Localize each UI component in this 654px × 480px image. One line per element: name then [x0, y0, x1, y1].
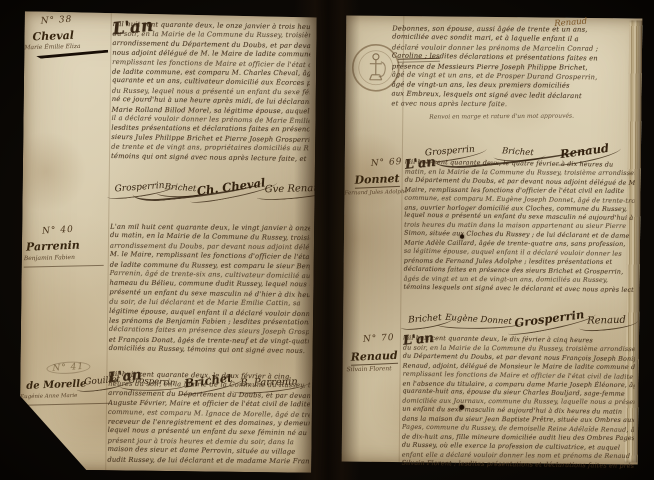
birth-act-text-continuation: Debonnes, son épouse, aussi âgée de tren… [391, 24, 628, 111]
act-firstnames-label: Benjamin Fabien [24, 254, 75, 262]
birth-act-text: L'an mil huit cent quarante deux, le qua… [403, 158, 634, 294]
act-firstnames-label: Marie Émilie Eliza [24, 43, 80, 51]
act-surname-label: Renaud [350, 349, 398, 366]
signature: Renaud [587, 315, 626, 327]
act-surname-label: Cheval [32, 29, 74, 44]
birth-act-text: L'an mil huit cent quarante deux, le onz… [111, 20, 311, 164]
birth-act-text: L'an mil huit cent quarante deux, le vin… [109, 222, 311, 356]
act-number-label: N° 69 [371, 157, 403, 169]
ink-blot [459, 405, 464, 410]
act-number-label: N° 40 [42, 225, 74, 237]
act-firstnames-label: Silvain Florent [347, 365, 392, 373]
manuscript-line: dudit Russey, de lui déclarant et de mad… [107, 455, 309, 466]
ink-blot [460, 235, 464, 239]
act-number-label: N° 38 [40, 15, 72, 27]
act-number-label: N° 70 [363, 333, 395, 345]
act-firstnames-label: Fernand Jules Adolphe [344, 189, 407, 197]
manuscript-line: domiciliés au Russey, témoins qui ont si… [109, 344, 309, 357]
signatures-row: BrichetEugène DonnetGrosperrinRenaud [407, 296, 627, 326]
right-register-page: Renaud Debonnes, son épouse, aussi âgée … [342, 15, 643, 464]
ink-dash-mark [36, 50, 108, 59]
left-register-page: N° 38 Cheval Marie Émilie Eliza L'an mil… [19, 11, 317, 473]
act-surname-label: Parrenin [26, 239, 80, 254]
signature: Grosperrin [514, 307, 585, 330]
act-firstnames-label: Eugénie Anne Marie [20, 393, 77, 400]
archival-register-scan: { "scene": { "background_color": "#0b080… [0, 0, 654, 480]
act-surname-label: Donnet [354, 172, 400, 189]
birth-act-text: L'an mil huit cent quarante deux, le deu… [107, 370, 310, 467]
margin-underline [24, 265, 104, 268]
margin-underline [24, 403, 110, 406]
signature: Gve Renaud [265, 183, 327, 195]
marginal-approval-note: Renvoi en marge et rature d'un mot appro… [429, 113, 574, 121]
signature: Eugène Donnet [445, 313, 512, 327]
birth-act-text: L'an mil huit cent quarante deux, le dix… [402, 334, 635, 470]
manuscript-line: et avec nous après lecture faite. [391, 100, 627, 111]
